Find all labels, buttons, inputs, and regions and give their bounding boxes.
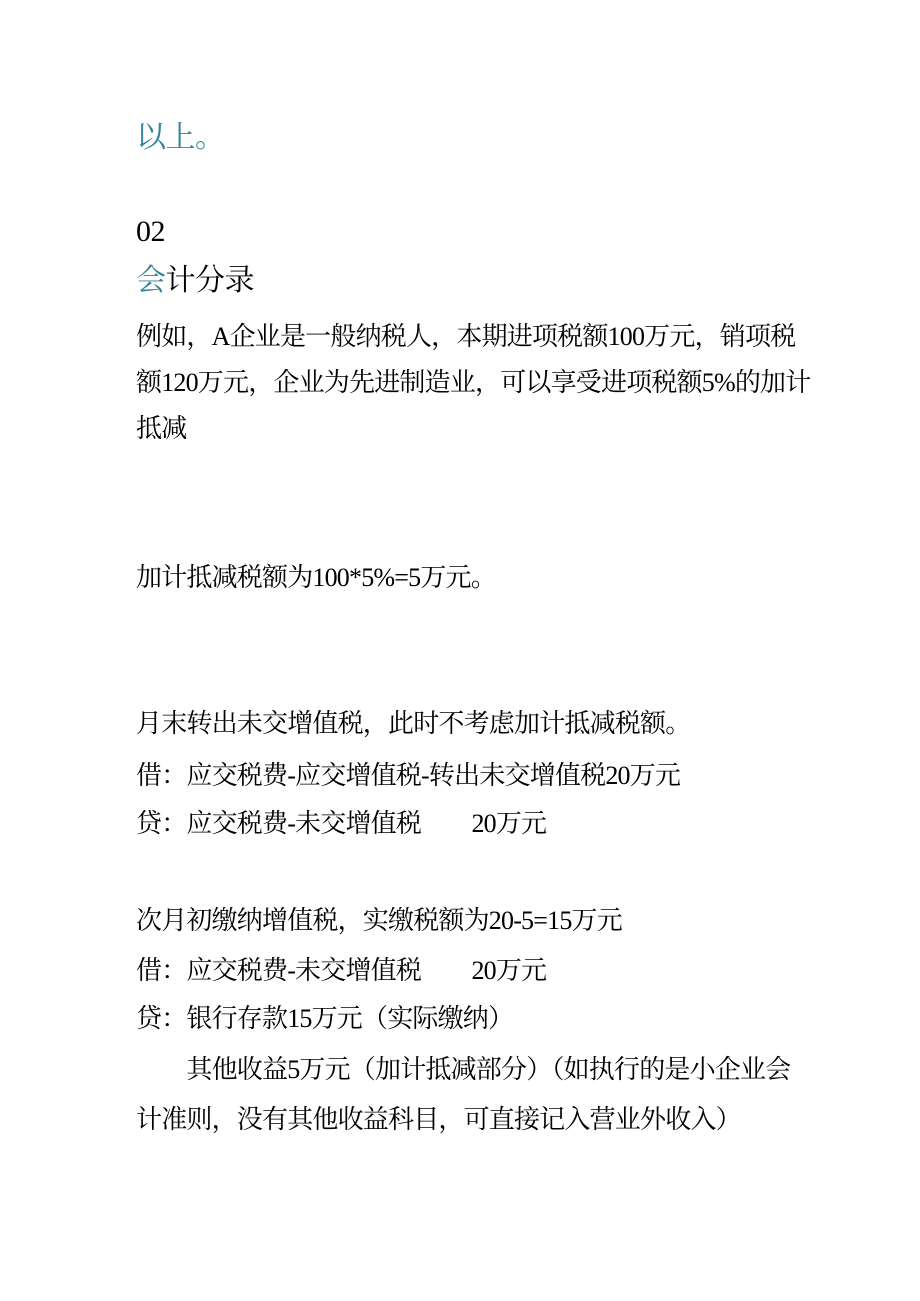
example-paragraph: 例如，A企业是一般纳税人，本期进项税额100万元，销项税 额120万元，企业为先… (136, 314, 810, 452)
next-month-debit-line: 借：应交税费-未交增值税 20万元 (136, 958, 546, 984)
next-month-intro: 次月初缴纳增值税，实缴税额为20-5=15万元 (136, 908, 622, 934)
next-month-credit-line: 贷：银行存款15万元（实际缴纳） (136, 1006, 513, 1032)
example-line: 额120万元，企业为先进制造业，可以享受进项税额5%的加计 (136, 360, 810, 406)
example-line: 抵减 (136, 406, 810, 452)
section-title: 会计分录 (136, 266, 254, 296)
section-number: 02 (136, 217, 165, 247)
other-income-paragraph: 其他收益5万元（加计抵减部分）（如执行的是小企业会 计准则，没有其他收益科目，可… (136, 1045, 790, 1145)
section-title-rest: 计分录 (166, 264, 255, 297)
calculation-line: 加计抵减税额为100*5%=5万元。 (136, 565, 496, 591)
other-income-line: 计准则，没有其他收益科目，可直接记入营业外收入） (136, 1095, 790, 1145)
month-end-intro: 月末转出未交增值税，此时不考虑加计抵减税额。 (136, 711, 690, 737)
section-title-accent-char: 会 (136, 264, 166, 297)
document-page: 以上。 02 会计分录 例如，A企业是一般纳税人，本期进项税额100万元，销项税… (0, 0, 920, 1301)
closing-line: 以上。 (136, 123, 225, 153)
month-end-debit-line: 借：应交税费-应交增值税-转出未交增值税20万元 (136, 763, 680, 789)
other-income-line: 其他收益5万元（加计抵减部分）（如执行的是小企业会 (136, 1045, 790, 1095)
example-line: 例如，A企业是一般纳税人，本期进项税额100万元，销项税 (136, 314, 810, 360)
month-end-credit-line: 贷：应交税费-未交增值税 20万元 (136, 811, 546, 837)
